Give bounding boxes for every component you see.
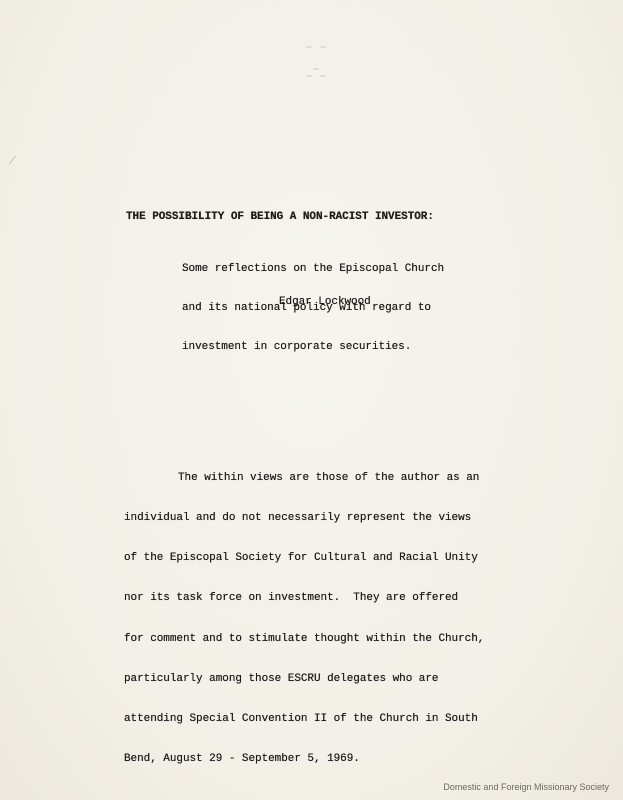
- show-through-mark: [320, 75, 326, 77]
- show-through-mark: [306, 75, 312, 77]
- archive-attribution: Domestic and Foreign Missionary Society: [443, 782, 609, 792]
- paragraph-line: of the Episcopal Society for Cultural an…: [124, 552, 484, 565]
- paragraph-line: for comment and to stimulate thought wit…: [124, 633, 484, 646]
- document-page: THE POSSIBILITY OF BEING A NON-RACIST IN…: [0, 0, 623, 800]
- subtitle-line: Some reflections on the Episcopal Church: [182, 263, 444, 276]
- subtitle-line: investment in corporate securities.: [182, 341, 444, 354]
- show-through-mark: [306, 46, 312, 48]
- paragraph-line: Bend, August 29 - September 5, 1969.: [124, 753, 484, 766]
- paragraph-line: particularly among those ESCRU delegates…: [124, 673, 484, 686]
- paragraph-line: The within views are those of the author…: [124, 472, 484, 485]
- paragraph-line: attending Special Convention II of the C…: [124, 713, 484, 726]
- document-author: Edgar Lockwood: [279, 296, 371, 309]
- paragraph-line: nor its task force on investment. They a…: [124, 592, 484, 605]
- show-through-mark: [313, 68, 319, 70]
- show-through-mark: [320, 46, 326, 48]
- paragraph-line: individual and do not necessarily repres…: [124, 512, 484, 525]
- document-title: THE POSSIBILITY OF BEING A NON-RACIST IN…: [126, 211, 434, 224]
- disclaimer-paragraph: The within views are those of the author…: [124, 445, 484, 794]
- paper-scratch: [9, 156, 16, 165]
